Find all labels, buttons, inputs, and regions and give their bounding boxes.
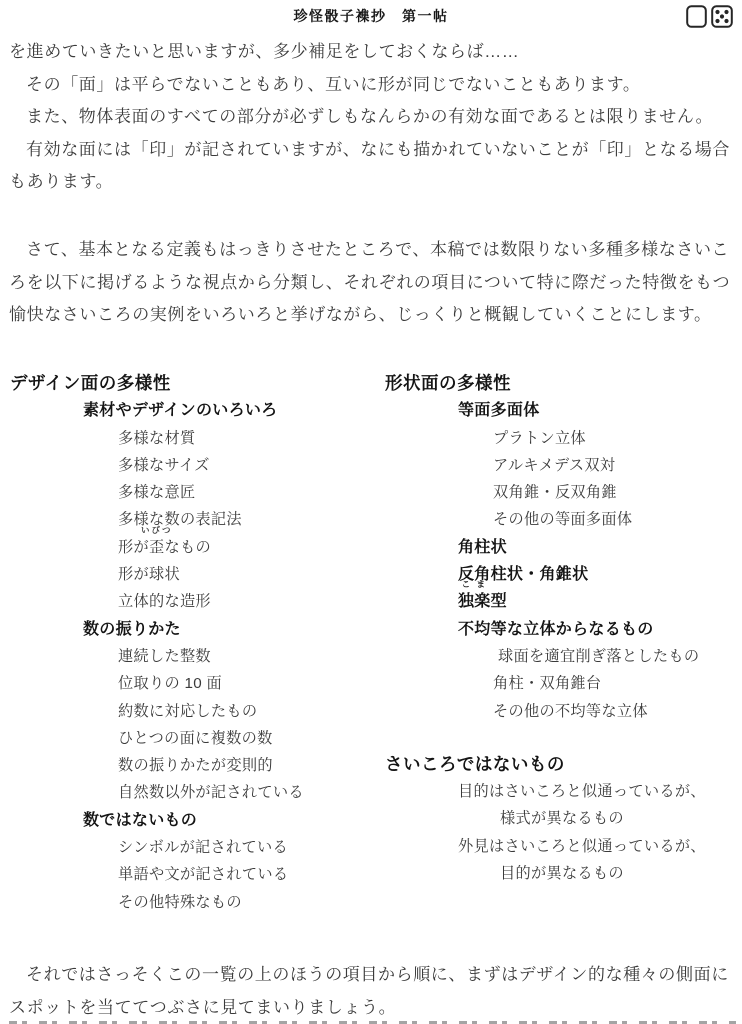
section-heading: 形状面の多様性 xyxy=(385,370,737,397)
paragraph-line: ろを以下に掲げるような視点から分類し、それぞれの項目について特に際だった特徴をも… xyxy=(9,267,736,300)
list-item: プラトン立体 xyxy=(385,425,737,452)
list-item: 球面を適宜削ぎ落としたもの xyxy=(385,643,737,670)
list-item-continuation: 様式が異なるもの xyxy=(385,805,737,832)
design-diversity-column: デザイン面の多様性 素材やデザインのいろいろ 多様な材質 多様なサイズ 多様な意… xyxy=(10,370,375,916)
paragraph-line: その「面」は平らでないこともあり、互いに形が同じでないこともあります。 xyxy=(9,69,736,102)
section-heading: さいころではないもの xyxy=(385,751,737,778)
paragraph-line: また、物体表面のすべての部分が必ずしもなんらかの有効な面であるとは限りません。 xyxy=(9,101,736,134)
closing-paragraph: それではさっそくこの一覧の上のほうの項目から順に、まずはデザイン的な種々の側面に… xyxy=(9,959,736,1024)
paragraph-line: 愉快なさいころの実例をいろいろと挙げながら、じっくりと概観していくことにします。 xyxy=(9,299,736,332)
blank-die-icon xyxy=(686,5,707,28)
list-item: 自然数以外が記されている xyxy=(10,779,375,806)
five-pip-die-icon xyxy=(711,5,733,28)
ruby-base: 独楽 xyxy=(458,593,491,610)
document-page: 珍怪骰子襍抄 第一帖 を進めていきたいと思いますが、多少補足をしておくならば……… xyxy=(0,0,742,1024)
section-gap xyxy=(385,725,737,751)
list-item: 双角錐・反双角錐 xyxy=(385,479,737,506)
group-heading: 不均等な立体からなるもの xyxy=(385,616,737,643)
group-heading: 角柱状 xyxy=(385,534,737,561)
paragraph-line: さて、基本となる定義もはっきりさせたところで、本稿では数限りない多種多様なさいこ xyxy=(9,234,736,267)
paragraph-line: 有効な面には「印」が記されていますが、なにも描かれていないことが「印」となる場合 xyxy=(9,134,736,167)
list-item: シンボルが記されている xyxy=(10,834,375,861)
group-heading: 数ではないもの xyxy=(10,807,375,834)
group-heading: 反角柱状・角錐状 xyxy=(385,561,737,588)
list-item: 形がいびつ歪なもの xyxy=(10,534,375,561)
list-item: ひとつの面に複数の数 xyxy=(10,725,375,752)
list-item: 角柱・双角錐台 xyxy=(385,670,737,697)
list-item: 多様な材質 xyxy=(10,425,375,452)
ruby-base: 歪 xyxy=(149,539,165,556)
section-heading: デザイン面の多様性 xyxy=(10,370,375,397)
list-item: アルキメデス双対 xyxy=(385,452,737,479)
group-heading: 数の振りかた xyxy=(10,616,375,643)
paragraph-line: スポットを当ててつぶさに見てまいりましょう。 xyxy=(9,992,736,1024)
ruby-word: いびつ歪 xyxy=(149,534,165,561)
list-item: 位取りの 10 面 xyxy=(10,670,375,697)
intro-paragraphs: を進めていきたいと思いますが、多少補足をしておくならば…… その「面」は平らでな… xyxy=(9,36,736,199)
overview-paragraph: さて、基本となる定義もはっきりさせたところで、本稿では数限りない多種多様なさいこ… xyxy=(9,234,736,332)
list-item: 連続した整数 xyxy=(10,643,375,670)
list-item: その他特殊なもの xyxy=(10,889,375,916)
list-item: 約数に対応したもの xyxy=(10,698,375,725)
page-title: 珍怪骰子襍抄 第一帖 xyxy=(0,6,742,26)
page-number-dice xyxy=(686,5,733,28)
list-item: その他の等面多面体 xyxy=(385,506,737,533)
furigana: いびつ xyxy=(141,526,173,534)
list-item: 多様な意匠 xyxy=(10,479,375,506)
item-text: 形が xyxy=(118,539,149,556)
list-item: 単語や文が記されている xyxy=(10,861,375,888)
group-heading: こ ま独楽型 xyxy=(385,588,737,615)
item-text: なもの xyxy=(164,539,210,556)
list-item: 多様な数の表記法 xyxy=(10,506,375,533)
group-heading: 等面多面体 xyxy=(385,397,737,424)
ruby-word: こ ま独楽 xyxy=(458,588,491,615)
paragraph-line: それではさっそくこの一覧の上のほうの項目から順に、まずはデザイン的な種々の側面に xyxy=(9,959,736,992)
list-item: その他の不均等な立体 xyxy=(385,698,737,725)
list-item: 立体的な造形 xyxy=(10,588,375,615)
list-item: 数の振りかたが変則的 xyxy=(10,752,375,779)
heading-text: 型 xyxy=(491,593,507,610)
list-item: 形が球状 xyxy=(10,561,375,588)
paragraph-line: を進めていきたいと思いますが、多少補足をしておくならば…… xyxy=(9,36,736,69)
group-heading: 素材やデザインのいろいろ xyxy=(10,397,375,424)
shape-diversity-column: 形状面の多様性 等面多面体 プラトン立体 アルキメデス双対 双角錐・反双角錐 そ… xyxy=(385,370,737,887)
furigana: こ ま xyxy=(462,580,487,588)
list-item: 目的はさいころと似通っているが、 xyxy=(385,778,737,805)
list-item: 外見はさいころと似通っているが、 xyxy=(385,833,737,860)
list-item-continuation: 目的が異なるもの xyxy=(385,860,737,887)
paragraph-line: もあります。 xyxy=(9,166,736,199)
list-item: 多様なサイズ xyxy=(10,452,375,479)
